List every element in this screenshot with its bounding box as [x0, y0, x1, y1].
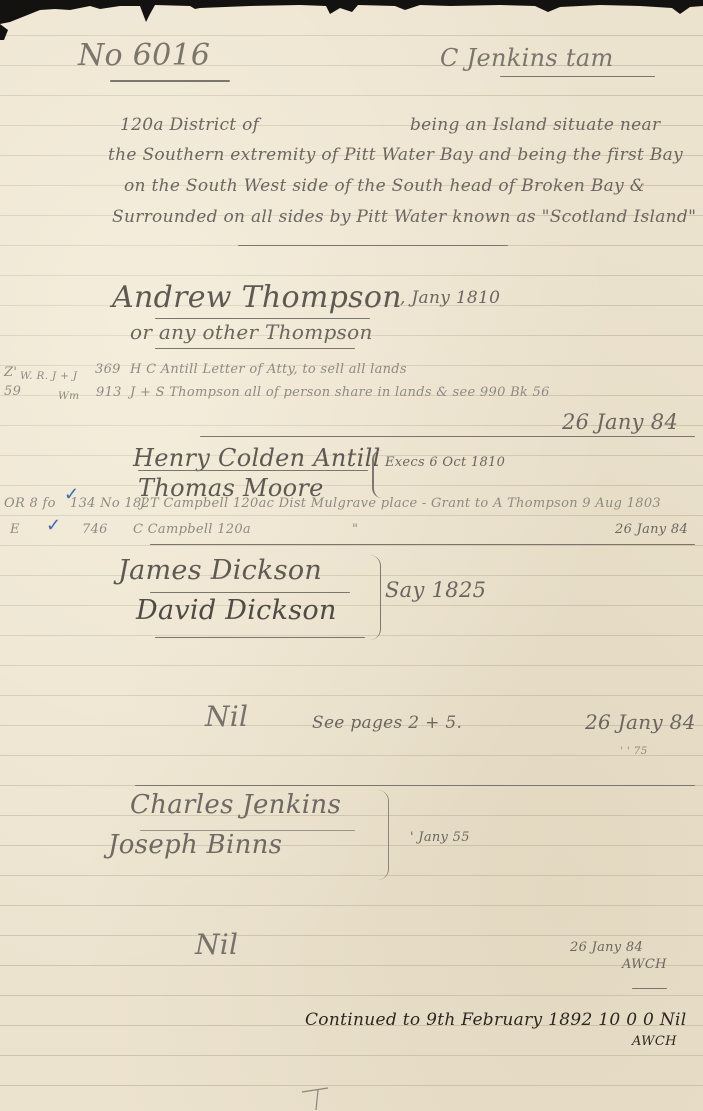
margin-ref: OR 8 fo — [4, 496, 56, 511]
owner-underline — [500, 76, 655, 77]
continued-note: Continued to 9th February 1892 10 0 0 Ni… — [305, 1010, 687, 1030]
sub-note: ' ' 75 — [620, 745, 648, 757]
search-date-stamp: 26 Jany 84 — [615, 522, 688, 537]
ditto-mark: " — [352, 522, 358, 537]
entry-divider — [150, 544, 695, 545]
margin-ref: Z' — [4, 365, 17, 380]
grouping-brace — [372, 450, 382, 498]
blue-check-mark: ✓ — [46, 515, 61, 536]
grantee-alternate: or any other Thompson — [130, 320, 373, 344]
register-number: No 6016 — [78, 38, 210, 73]
description-line-3: on the South West side of the South head… — [124, 176, 645, 196]
book-number: 913 — [96, 385, 122, 400]
grantee-name: Charles Jenkins — [130, 790, 341, 820]
pencil-mark — [300, 1086, 360, 1111]
search-date-stamp: 26 Jany 84 — [562, 410, 678, 434]
clerk-initials: AWCH — [622, 957, 667, 972]
grantee-name: James Dickson — [118, 555, 322, 586]
grantee-date: , Jany 1810 — [400, 288, 500, 308]
dealing-text: C Campbell 120a — [133, 522, 251, 537]
grantee-underline — [155, 637, 365, 638]
search-date-stamp: 26 Jany 84 — [585, 710, 696, 734]
date-note: ' Jany 55 — [410, 830, 470, 845]
margin-sub-ref: Wm — [58, 390, 79, 402]
grouping-brace — [370, 555, 381, 640]
grantee-underline — [138, 470, 368, 471]
grouping-brace — [378, 790, 389, 880]
book-number: 134 No 182 — [70, 496, 150, 511]
grantee-name: Joseph Binns — [108, 830, 282, 860]
alternate-underline — [155, 348, 355, 349]
margin-sub-ref: W. R. J + J — [20, 370, 77, 382]
book-number: 369 — [95, 362, 121, 377]
grantee-name: David Dickson — [136, 595, 337, 626]
number-underline — [110, 80, 230, 82]
description-line-2: the Southern extremity of Pitt Water Bay… — [108, 145, 683, 165]
date-note: Say 1825 — [385, 578, 486, 602]
initials-underline — [632, 988, 667, 989]
margin-ref: E — [10, 522, 20, 537]
description-line-1-right: being an Island situate near — [410, 115, 660, 135]
torn-top-edge — [0, 0, 703, 40]
see-pages-note: See pages 2 + 5. — [312, 713, 462, 733]
dealing-text: J T Campbell 120ac Dist Mulgrave place -… — [140, 496, 661, 511]
nil-result: Nil — [195, 928, 238, 961]
grantee-name: Henry Colden Antill — [133, 444, 381, 472]
book-number: 746 — [82, 522, 108, 537]
register-page: No 6016 C Jenkins tam 120a District of b… — [0, 0, 703, 1111]
owner-name: C Jenkins tam — [440, 44, 614, 72]
nil-result: Nil — [205, 700, 248, 733]
description-line-1-left: 120a District of — [120, 115, 259, 135]
margin-ref: 59 — [4, 384, 21, 399]
search-date-stamp: 26 Jany 84 — [570, 940, 643, 955]
entry-divider — [135, 785, 695, 786]
grantee-underline — [150, 592, 350, 593]
executors-note: Execs 6 Oct 1810 — [385, 455, 505, 470]
section-divider — [238, 245, 508, 246]
description-line-4: Surrounded on all sides by Pitt Water kn… — [112, 207, 696, 227]
dealing-text: H C Antill Letter of Atty, to sell all l… — [130, 362, 407, 377]
footer-initials: AWCH — [632, 1034, 677, 1049]
grantee-underline — [155, 318, 370, 319]
grantee-name: Andrew Thompson — [112, 280, 402, 315]
entry-divider — [200, 436, 695, 437]
dealing-text: J + S Thompson all of person share in la… — [130, 385, 550, 400]
